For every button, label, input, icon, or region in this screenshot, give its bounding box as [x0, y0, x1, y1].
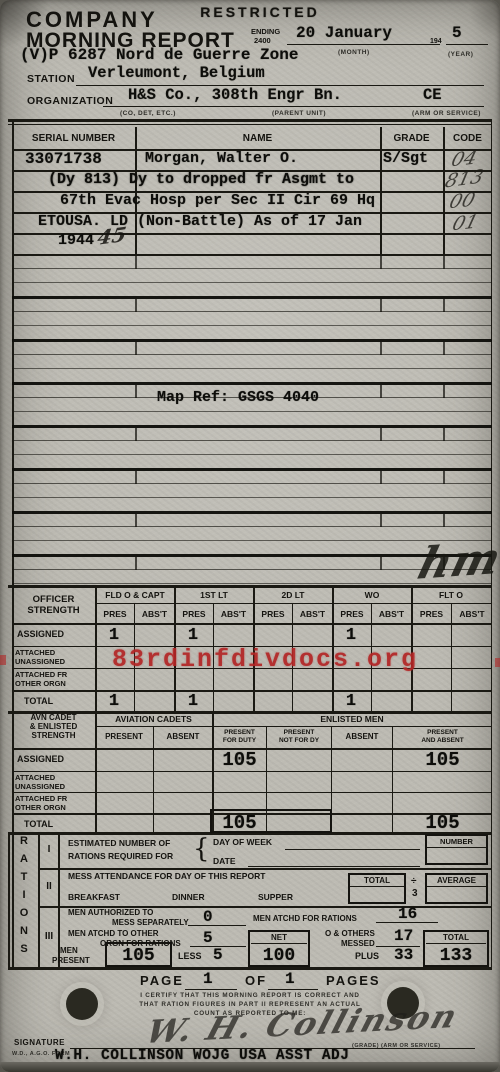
officer-stub-line2: STRENGTH	[12, 606, 95, 616]
date-line	[248, 866, 420, 867]
men-atchd-for-rations-label: MEN ATCHD FOR RATIONS	[253, 915, 357, 923]
enlisted-row-rule-1	[12, 771, 492, 772]
enlisted-col-absent-men: ABSENT	[333, 733, 391, 741]
page-underline	[185, 989, 237, 990]
average-box-label: AVERAGE	[425, 877, 488, 885]
enlisted-col-pfd-line2: FOR DUTY	[214, 738, 265, 745]
officer-assigned-1stlt-pres: 1	[178, 627, 208, 644]
entry-remark-line-3: ETOUSA. LD (Non-Battle) As of 17 Jan	[38, 214, 362, 229]
rations-letter-a: A	[10, 854, 38, 865]
caption-arm-service: (ARM OR SERVICE)	[412, 110, 481, 117]
rations-letter-i: I	[10, 890, 38, 901]
site-watermark: 83rdinfdivdocs.org	[112, 645, 418, 674]
rations-brace: {	[193, 836, 210, 862]
officer-group-wo: WO	[333, 591, 411, 600]
net-box-label: NET	[248, 934, 310, 942]
enlisted-stub-line2: & ENLISTED	[12, 723, 95, 731]
station-value: Verleumont, Belgium	[88, 66, 265, 82]
rations-letter-n: N	[10, 926, 38, 937]
plus-value: 33	[394, 947, 413, 963]
mess-total-divider	[350, 886, 404, 887]
enlisted-assigned-present-for-duty: 105	[214, 751, 265, 770]
rations-rule-1	[38, 868, 492, 870]
men-authorized-label-2: MESS SEPARATELY	[112, 919, 189, 927]
entry-year-overwrite-handwritten: 45	[96, 224, 128, 248]
less-label: LESS	[178, 952, 202, 961]
enlisted-group-enlisted-men: ENLISTED MEN	[214, 715, 490, 724]
officer-total-wo-pres: 1	[336, 693, 366, 710]
punch-hole-left	[66, 988, 98, 1020]
signature-label: SIGNATURE	[14, 1039, 65, 1047]
enlisted-col-pa-line1: PRESENT	[394, 730, 491, 737]
officer-header-rule	[12, 623, 492, 625]
mess-total-label: TOTAL	[348, 877, 406, 885]
handwritten-initials: hm	[414, 537, 500, 586]
entry-remark-line-1: (Dy 813) Dy to dropped fr Asgmt to	[48, 172, 354, 187]
mess-separately-value: 0	[203, 909, 213, 925]
grade-arm-caption: (GRADE) (ARM OR SERVICE)	[352, 1043, 441, 1049]
ruled-vline-1	[135, 256, 137, 586]
enlisted-vline-stub	[95, 711, 97, 833]
officer-sub-pres-2: PRES	[175, 610, 213, 619]
dinner-label: DINNER	[172, 893, 205, 902]
organization-label: ORGANIZATION	[27, 96, 113, 107]
ruled-vline-2	[380, 256, 382, 586]
atchd-other-value: 5	[203, 930, 213, 946]
rations-letter-t: T	[10, 872, 38, 883]
col-header-code: CODE	[443, 134, 492, 144]
entry-remark-line-2: 67th Evac Hosp per Sec II Cir 69 Hq	[60, 193, 375, 208]
of-label: OF	[245, 974, 267, 987]
enlisted-col-pnd-line1: PRESENT	[268, 730, 330, 737]
col-header-grade: GRADE	[380, 134, 443, 144]
officer-row-rule-3	[12, 690, 492, 692]
number-box-label: NUMBER	[425, 838, 488, 846]
officer-sub-pres-1: PRES	[96, 610, 134, 619]
net-value: 100	[248, 947, 310, 965]
enlisted-col-pfd-line1: PRESENT	[214, 730, 265, 737]
station-label: STATION	[27, 74, 75, 85]
rations-letter-s: S	[10, 944, 38, 955]
officer-vline-stub	[95, 585, 97, 711]
officer-row-att-unassigned-label-1: ATTACHED	[15, 649, 55, 657]
men-atchd-for-rations-value: 16	[398, 906, 417, 922]
pages-value: 1	[285, 971, 295, 987]
enlisted-total-present-for-duty: 105	[214, 814, 265, 833]
others-messed-label-1: O & OTHERS	[325, 930, 375, 938]
year-prefix: 194	[430, 38, 442, 45]
men-present-label-2: PRESENT	[52, 957, 90, 965]
officer-group-2d-lt: 2D LT	[254, 591, 332, 600]
day-of-week-label: DAY OF WEEK	[213, 838, 272, 847]
divide-sign: ÷	[411, 877, 417, 887]
day-of-week-line	[285, 849, 420, 850]
pages-label: PAGES	[326, 974, 381, 987]
rations-part-i-numeral: I	[40, 845, 58, 855]
watermark-edge-tick-right	[495, 658, 500, 667]
men-present-label-1: MEN	[60, 947, 78, 955]
enlisted-header-subrule	[95, 726, 492, 727]
page-label: PAGE	[140, 974, 184, 987]
enlisted-group-aviation-cadets: AVIATION CADETS	[96, 715, 211, 724]
map-ref-entry: Map Ref: GSGS 4040	[157, 390, 319, 405]
officer-assigned-fld-pres: 1	[99, 627, 129, 644]
arm-service-value: CE	[423, 88, 442, 104]
officer-sub-abst-1: ABS'T	[135, 610, 174, 619]
zone-line: (V)P 6287 Nord de Guerre Zone	[20, 47, 298, 63]
officer-group-fld-o-capt: FLD O & CAPT	[96, 591, 174, 600]
rations-total-divider	[426, 943, 486, 944]
enlisted-row-assigned-label: ASSIGNED	[17, 755, 64, 764]
officer-stub-line1: OFFICER	[12, 595, 95, 605]
plus-label: PLUS	[355, 952, 379, 961]
men-atchd-line	[376, 922, 438, 923]
officer-row-assigned-label: ASSIGNED	[17, 630, 64, 639]
enlisted-col-absent-cadets: ABSENT	[155, 733, 211, 741]
net-box-divider	[251, 943, 307, 944]
month-underline	[287, 44, 440, 45]
header-divider-thin	[8, 124, 492, 125]
caption-parent-unit: (PARENT UNIT)	[272, 110, 326, 117]
enlisted-row-rule-2	[12, 792, 492, 793]
mess-separately-line	[188, 925, 246, 926]
year-value: 5	[452, 25, 462, 41]
enlisted-stub-line1: AVN CADET	[12, 714, 95, 722]
officer-row-att-unassigned-label-2: UNASSIGNED	[15, 658, 65, 666]
enlisted-stub-line3: STRENGTH	[12, 732, 95, 740]
year-underline	[446, 44, 488, 45]
blank-ruled-area	[12, 256, 492, 586]
col-header-name: NAME	[135, 134, 380, 144]
others-messed-value: 17	[394, 928, 413, 944]
ending-time: 2400	[254, 37, 271, 45]
enlisted-total-present-and-absent: 105	[394, 814, 491, 833]
organization-value: H&S Co., 308th Engr Bn.	[128, 88, 342, 104]
enlisted-vline-4	[392, 726, 393, 833]
enlisted-row-att-unassigned-label-2: UNASSIGNED	[15, 783, 65, 791]
officer-total-fld-pres: 1	[99, 693, 129, 710]
enlisted-assigned-present-and-absent: 105	[394, 751, 491, 770]
organization-underline	[103, 106, 484, 107]
enlisted-row-att-unassigned-label-1: ATTACHED	[15, 774, 55, 782]
enlisted-row-att-other-label-1: ATTACHED FR	[15, 795, 67, 803]
col-header-serial-number: SERIAL NUMBER	[12, 134, 135, 144]
atchd-other-label-1: MEN ATCHD TO OTHER	[68, 930, 159, 938]
classification-stamp: RESTRICTED	[195, 5, 325, 19]
officer-total-1stlt-pres: 1	[178, 693, 208, 710]
officer-group-flt-o: FLT O	[412, 591, 490, 600]
enlisted-col-pnd-line2: NOT FOR DY	[268, 738, 330, 745]
caption-co-det: (CO, DET, ETC.)	[120, 110, 176, 117]
officer-header-subrule	[95, 603, 492, 604]
breakfast-label: BREAKFAST	[68, 893, 120, 902]
entry-grade: S/Sgt	[383, 151, 428, 166]
report-month-value: 20 January	[296, 25, 392, 41]
month-caption: (MONTH)	[338, 49, 370, 56]
enlisted-row-total-label: TOTAL	[24, 820, 53, 829]
divisor: 3	[412, 889, 418, 899]
rations-part-ii-numeral: II	[40, 882, 58, 892]
page-value: 1	[203, 971, 213, 987]
rations-estimated-label-2: RATIONS REQUIRED FOR	[68, 852, 173, 861]
officer-sub-abst-4: ABS'T	[372, 610, 411, 619]
officer-row-att-other-label-2: OTHER ORGN	[15, 680, 66, 688]
officer-sub-pres-3: PRES	[254, 610, 292, 619]
mess-attendance-label: MESS ATTENDANCE FOR DAY OF THIS REPORT	[68, 872, 265, 881]
officer-assigned-wo-pres: 1	[336, 627, 366, 644]
date-label: DATE	[213, 857, 236, 866]
entry-code-handwritten-2: 813	[443, 168, 485, 192]
ending-label: ENDING	[251, 28, 280, 36]
officer-sub-abst-2: ABS'T	[214, 610, 253, 619]
officer-group-1st-lt: 1ST LT	[175, 591, 253, 600]
number-box-divider	[427, 847, 486, 848]
enlisted-col-present: PRESENT	[96, 733, 152, 741]
rations-letter-o: O	[10, 908, 38, 919]
officer-vline-s5	[451, 603, 452, 711]
watermark-edge-tick-left	[0, 655, 6, 665]
enlisted-vline-1	[153, 726, 154, 833]
officer-row-total-label: TOTAL	[24, 697, 53, 706]
header-divider-heavy	[8, 119, 492, 122]
entry-serial-number: 33071738	[25, 151, 102, 167]
officer-sub-pres-5: PRES	[412, 610, 451, 619]
rations-estimated-label-1: ESTIMATED NUMBER OF	[68, 839, 170, 848]
rations-total-value: 133	[423, 947, 489, 965]
rations-part-iii-numeral: III	[40, 932, 58, 942]
officer-sub-abst-5: ABS'T	[452, 610, 492, 619]
men-authorized-label-1: MEN AUTHORIZED TO	[68, 909, 153, 917]
entry-code-handwritten-3: 00	[447, 191, 477, 212]
entry-name: Morgan, Walter O.	[145, 151, 298, 166]
rations-letter-r: R	[10, 836, 38, 847]
average-box-divider	[427, 886, 486, 887]
entry-code-handwritten-4: 01	[450, 213, 480, 234]
men-present-value: 105	[105, 947, 172, 965]
entry-remark-line-4: 1944	[58, 233, 94, 248]
pages-underline	[268, 989, 318, 990]
others-messed-label-2: MESSED	[341, 940, 375, 948]
officer-sub-abst-3: ABS'T	[293, 610, 332, 619]
certification-line-1: I CERTIFY THAT THIS MORNING REPORT IS CO…	[110, 992, 390, 999]
enlisted-row-att-other-label-2: OTHER ORGN	[15, 804, 66, 812]
morning-report-scan: RESTRICTED COMPANY MORNING REPORT (V)P 6…	[0, 0, 500, 1072]
officer-sub-pres-4: PRES	[333, 610, 371, 619]
enlisted-col-pa-line2: AND ABSENT	[394, 738, 491, 745]
rations-total-label: TOTAL	[423, 934, 489, 942]
bottom-scan-edge	[0, 1062, 500, 1072]
form-title-line1: COMPANY	[26, 9, 158, 31]
year-caption: (YEAR)	[448, 51, 473, 58]
officer-row-att-other-label-1: ATTACHED FR	[15, 671, 67, 679]
supper-label: SUPPER	[258, 893, 293, 902]
rations-bottom-rule	[8, 967, 492, 970]
less-value: 5	[213, 947, 223, 963]
